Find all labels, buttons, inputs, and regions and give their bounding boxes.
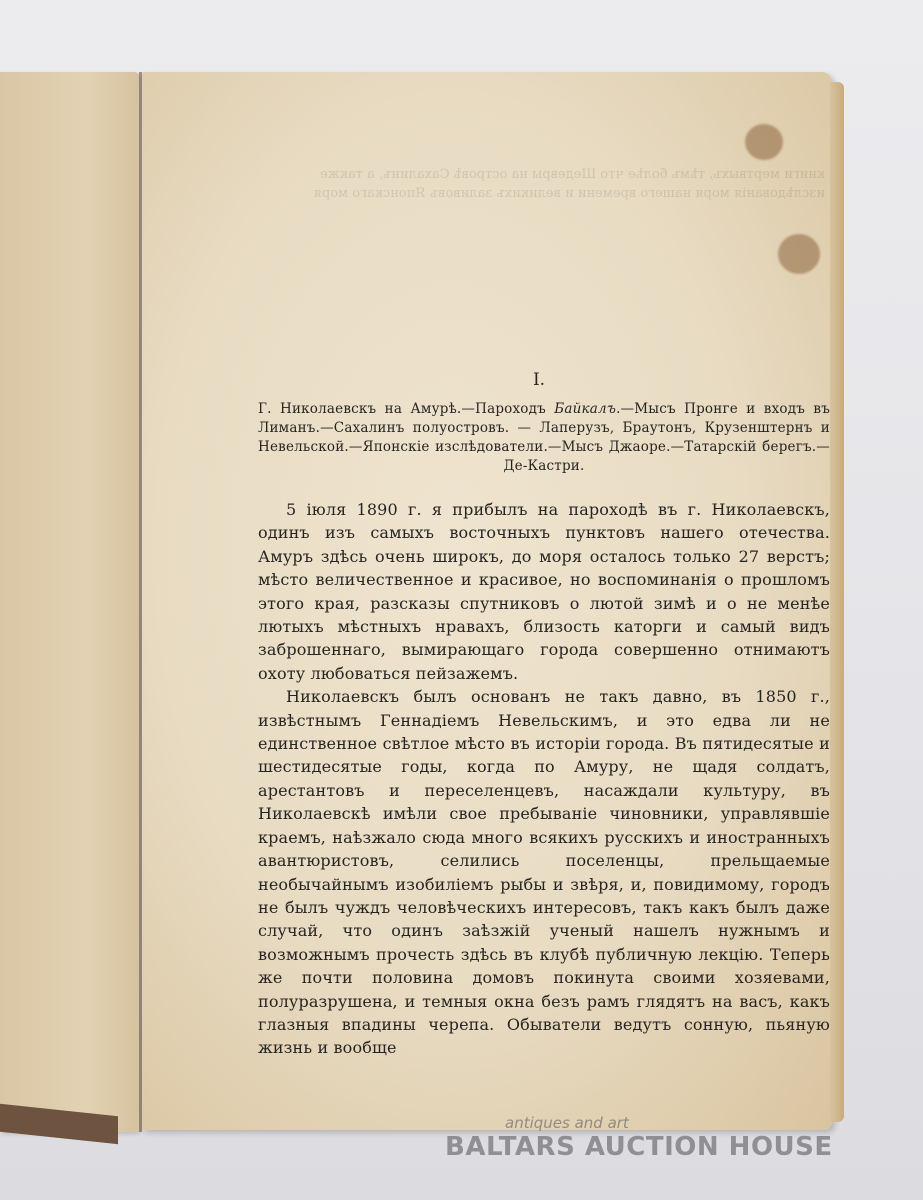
bleed-through-text: книги мертвыхъ, тѣмъ болѣе что Шедевры н… [255, 165, 825, 380]
page-content: I. Г. Николаевскъ на Амурѣ.—Пароходъ Бай… [258, 370, 830, 1060]
chapter-summary: Г. Николаевскъ на Амурѣ.—Пароходъ Байкал… [258, 400, 830, 476]
summary-part-1: Г. Николаевскъ на Амурѣ.—Пароходъ [258, 401, 554, 417]
paragraph-1: 5 іюля 1890 г. я прибылъ на пароходѣ въ … [258, 498, 830, 685]
left-page [0, 72, 140, 1132]
stain-top [745, 124, 783, 160]
watermark: antiques and art BALTARS AUCTION HOUSE [445, 1115, 845, 1163]
paragraph-2: Николаевскъ былъ основанъ не такъ давно,… [258, 685, 830, 1060]
summary-ship-name: Байкалъ [554, 401, 616, 417]
watermark-title: BALTARS AUCTION HOUSE [445, 1131, 845, 1163]
watermark-subtitle: antiques and art [505, 1115, 845, 1131]
chapter-number: I. [248, 370, 830, 390]
page-edge [830, 82, 844, 1122]
